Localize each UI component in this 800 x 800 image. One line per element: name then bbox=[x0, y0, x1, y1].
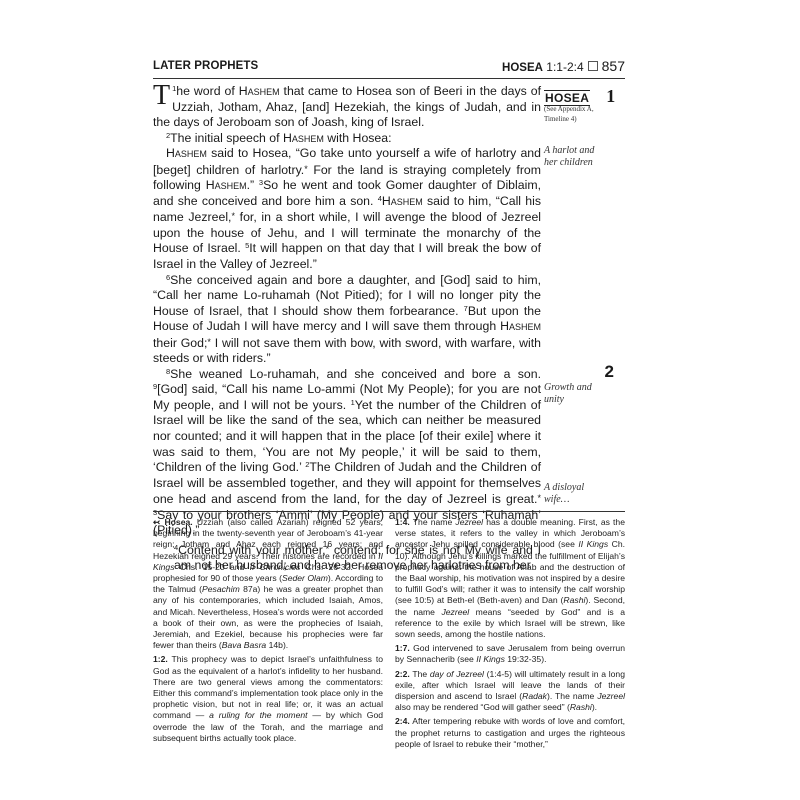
margin-note-wife: A disloyal wife… bbox=[544, 482, 628, 506]
footnote-hosea: ↢ Hosea. Uzziah (also called Azariah) re… bbox=[153, 517, 383, 651]
chapter-number-2: 2 bbox=[605, 362, 614, 381]
page-locator: HOSEA 1:1-2:4857 bbox=[502, 58, 625, 74]
verse-1-6-to-1-7: 6She conceived again and bore a daughter… bbox=[153, 273, 541, 367]
footnotes-left-column: ↢ Hosea. Uzziah (also called Azariah) re… bbox=[153, 517, 383, 747]
footnote-2-4: 2:4. After tempering rebuke with words o… bbox=[395, 716, 625, 750]
verse-range: 1:1-2:4 bbox=[546, 60, 583, 74]
scripture-text: 1The word of Hashem that came to Hosea s… bbox=[153, 84, 541, 574]
margin-note-growth: Growth and unity bbox=[544, 382, 628, 406]
verse-1-8-to-2-3: 8She weaned Lo-ruhamah, and she conceive… bbox=[153, 367, 541, 539]
appendix-note: (See Appendix A, Timeline 4) bbox=[544, 104, 628, 124]
drop-cap: T bbox=[153, 86, 170, 106]
box-separator-icon bbox=[588, 61, 598, 71]
margin-chapter-2: 2 bbox=[544, 362, 614, 382]
footnote-1-2: 1:2. This prophecy was to depict Israel’… bbox=[153, 654, 383, 744]
verse-1-1: 1The word of Hashem that came to Hosea s… bbox=[153, 84, 541, 131]
footnote-2-2: 2:2. The day of Jezreel (1:4-5) will ult… bbox=[395, 669, 625, 714]
chapter-number-1: 1 bbox=[606, 86, 615, 106]
page-number: 857 bbox=[602, 58, 625, 74]
margin-note-harlot: A harlot and her children bbox=[544, 145, 628, 169]
footnote-divider bbox=[153, 511, 625, 512]
book-name: HOSEA bbox=[502, 62, 543, 74]
footnote-1-4: 1:4. The name Jezreel has a double meani… bbox=[395, 517, 625, 640]
running-head: LATER PROPHETS HOSEA 1:1-2:4857 bbox=[153, 58, 625, 79]
footnote-1-7: 1:7. God intervened to save Jerusalem fr… bbox=[395, 643, 625, 665]
verse-1-2-to-1-5: Hashem said to Hosea, “Go take unto your… bbox=[153, 146, 541, 272]
book-page: LATER PROPHETS HOSEA 1:1-2:4857 1The wor… bbox=[0, 0, 800, 800]
footnotes-right-column: 1:4. The name Jezreel has a double meani… bbox=[395, 517, 625, 753]
verse-1-2-intro: 2The initial speech of Hashem with Hosea… bbox=[153, 131, 541, 147]
section-title: LATER PROPHETS bbox=[153, 60, 258, 72]
